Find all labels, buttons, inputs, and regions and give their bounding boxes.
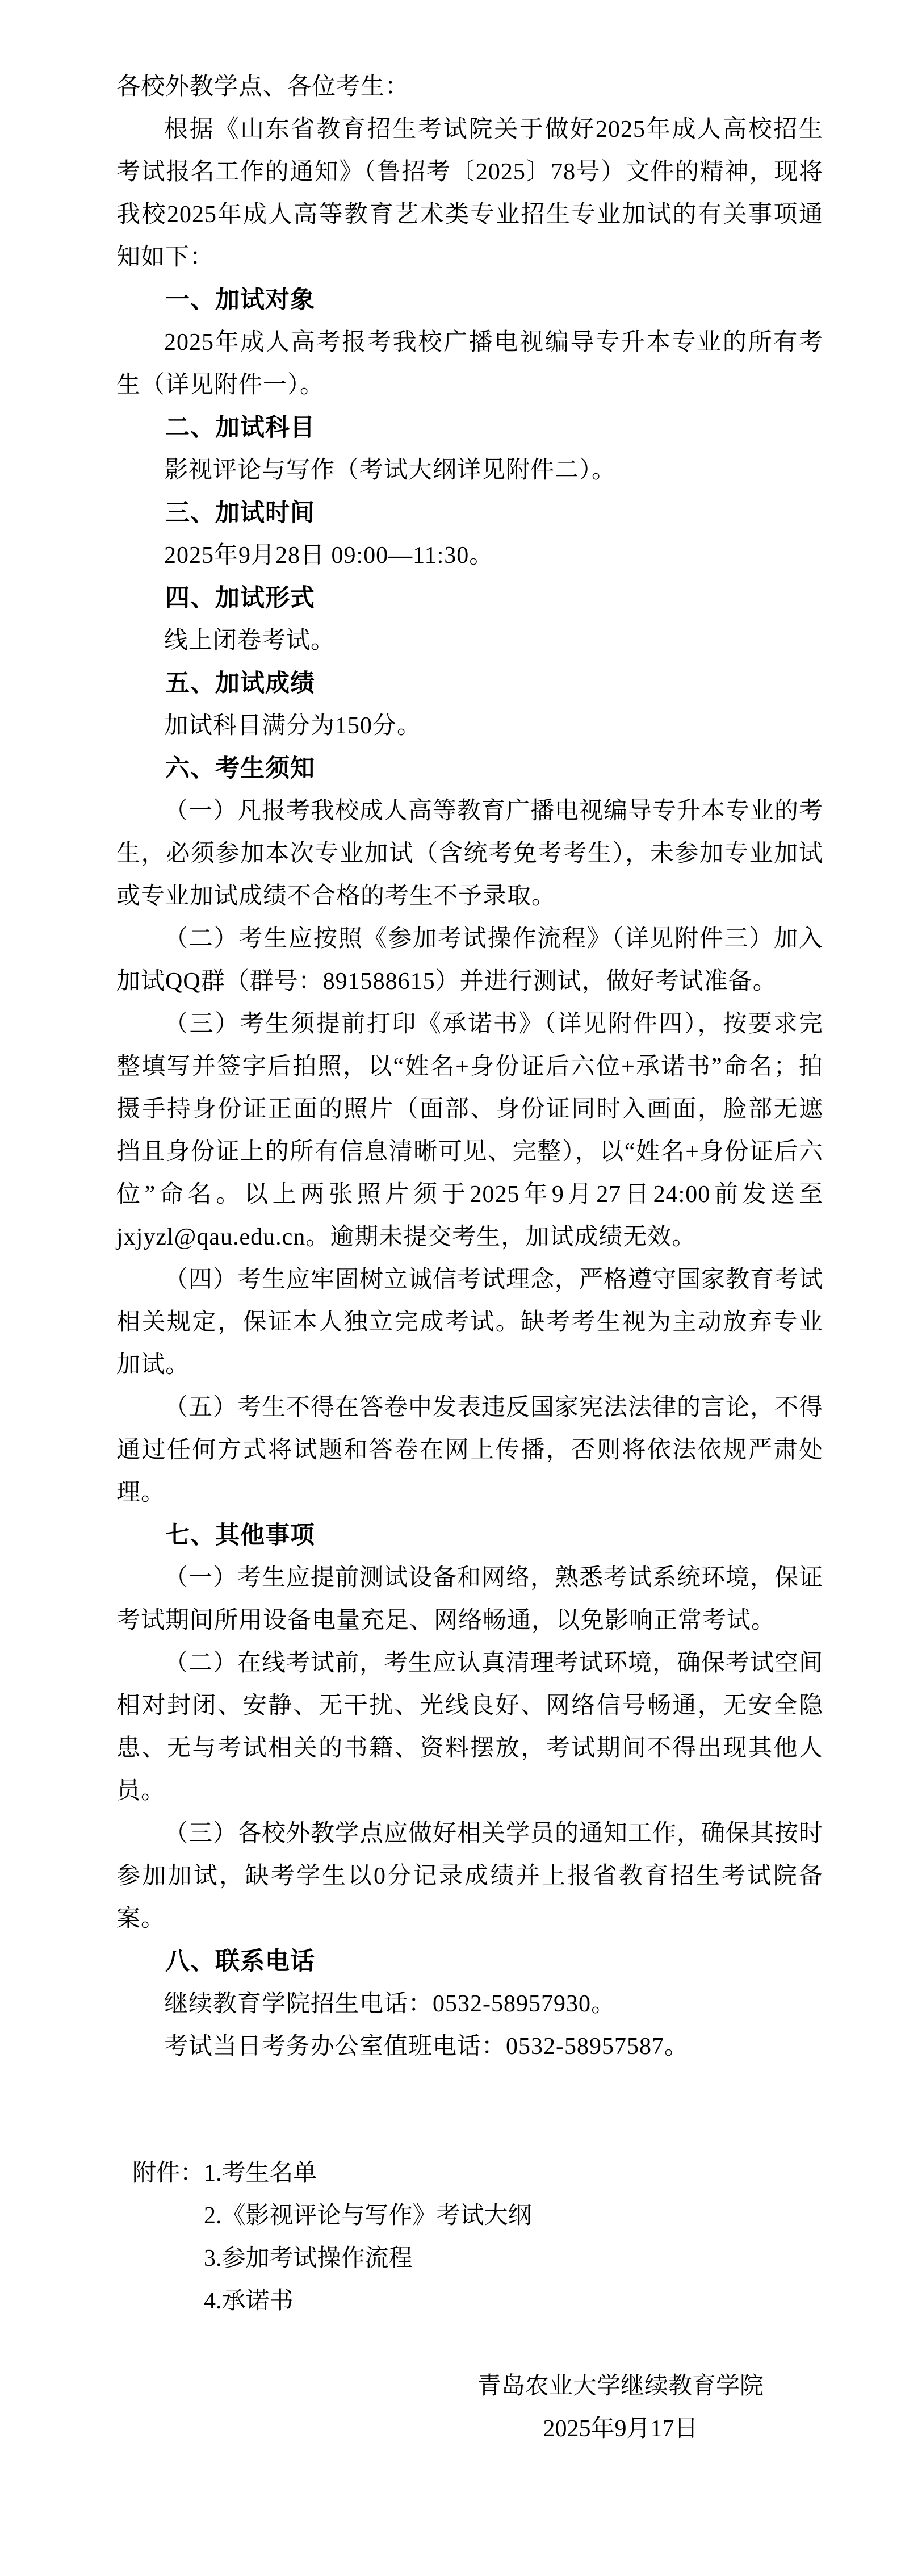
section-6-paragraph-3: （三）考生须提前打印《承诺书》（详见附件四），按要求完整填写并签字后拍照，以“姓…	[116, 1003, 823, 1259]
signature-block: 青岛农业大学继续教育学院 2025年9月17日	[477, 2365, 764, 2450]
section-4-paragraph-1: 线上闭卷考试。	[116, 620, 823, 662]
section-2-heading: 二、加试科目	[116, 407, 823, 449]
section-6-paragraph-2: （二）考生应按照《参加考试操作流程》（详见附件三）加入加试QQ群（群号：8915…	[116, 918, 823, 1003]
intro-paragraph: 根据《山东省教育招生考试院关于做好2025年成人高校招生考试报名工作的通知》（鲁…	[116, 108, 823, 279]
section-3-heading: 三、加试时间	[116, 492, 823, 535]
attachment-item-3: 3.参加考试操作流程	[204, 2237, 823, 2280]
section-7-paragraph-2: （二）在线考试前，考生应认真清理考试环境，确保考试空间相对封闭、安静、无干扰、光…	[116, 1642, 823, 1813]
attachments-block: 附件： 1.考生名单 2.《影视评论与写作》考试大纲 3.参加考试操作流程 4.…	[116, 2152, 823, 2323]
section-1-paragraph-1: 2025年成人高考报考我校广播电视编导专升本专业的所有考生（详见附件一）。	[116, 322, 823, 407]
section-1-heading: 一、加试对象	[116, 279, 823, 322]
signature-org: 青岛农业大学继续教育学院	[477, 2365, 764, 2408]
section-7-paragraph-3: （三）各校外教学点应做好相关学员的通知工作，确保其按时参加加试，缺考学生以0分记…	[116, 1813, 823, 1940]
section-7-paragraph-1: （一）考生应提前测试设备和网络，熟悉考试系统环境，保证考试期间所用设备电量充足、…	[116, 1557, 823, 1642]
section-6-paragraph-5: （五）考生不得在答卷中发表违反国家宪法法律的言论，不得通过任何方式将试题和答卷在…	[116, 1387, 823, 1514]
section-2-paragraph-1: 影视评论与写作（考试大纲详见附件二）。	[116, 449, 823, 492]
section-4-heading: 四、加试形式	[116, 577, 823, 620]
section-7-heading: 七、其他事项	[116, 1514, 823, 1557]
section-6-paragraph-1: （一）凡报考我校成人高等教育广播电视编导专升本专业的考生，必须参加本次专业加试（…	[116, 790, 823, 918]
signature-date: 2025年9月17日	[477, 2408, 764, 2450]
section-3-paragraph-1: 2025年9月28日 09:00—11:30。	[116, 535, 823, 577]
attachments-list: 1.考生名单 2.《影视评论与写作》考试大纲 3.参加考试操作流程 4.承诺书	[204, 2152, 823, 2323]
salutation: 各校外教学点、各位考生：	[116, 66, 823, 108]
section-6-paragraph-4: （四）考生应牢固树立诚信考试理念，严格遵守国家教育考试相关规定，保证本人独立完成…	[116, 1259, 823, 1387]
section-5-heading: 五、加试成绩	[116, 662, 823, 705]
section-8-paragraph-2: 考试当日考务办公室值班电话：0532-58957587。	[116, 2026, 823, 2068]
section-8-heading: 八、联系电话	[116, 1940, 823, 1983]
notice-document-page: 各校外教学点、各位考生： 根据《山东省教育招生考试院关于做好2025年成人高校招…	[0, 0, 901, 2576]
attachments-label: 附件：	[132, 2152, 204, 2323]
attachment-item-2: 2.《影视评论与写作》考试大纲	[204, 2195, 823, 2237]
section-5-paragraph-1: 加试科目满分为150分。	[116, 705, 823, 748]
section-8-paragraph-1: 继续教育学院招生电话：0532-58957930。	[116, 1983, 823, 2026]
attachment-item-4: 4.承诺书	[204, 2280, 823, 2323]
attachment-item-1: 1.考生名单	[204, 2152, 823, 2195]
section-6-heading: 六、考生须知	[116, 748, 823, 790]
